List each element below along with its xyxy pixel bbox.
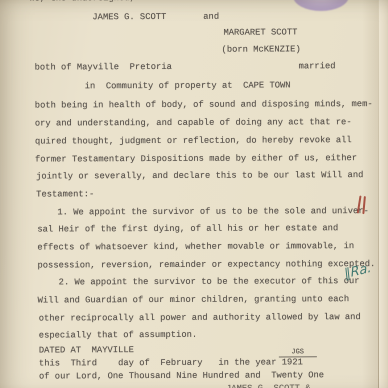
doc-line-born-name: (born McKENZIE) xyxy=(222,44,301,54)
doc-line-body-5: jointly or severally, and declare this t… xyxy=(36,170,363,181)
doc-line-community: in Community of property at CAPE TOWN xyxy=(85,80,291,91)
year-correction-initials: JGS xyxy=(279,348,317,357)
document-text-block: We, the undersigned, JAMES G. SCOTT and … xyxy=(0,0,388,388)
doc-line-clause2-2: Will and Guardian of our minor children,… xyxy=(38,294,350,305)
doc-line-clause2-4: especially that of assumption. xyxy=(39,330,197,341)
doc-line-date: this Third day of February in the year J… xyxy=(39,357,303,368)
doc-line-preamble: We, the undersigned, xyxy=(29,0,135,4)
doc-line-clause1-3: effects of whatsoever kind, whether mova… xyxy=(37,241,354,252)
doc-line-clause1-1: 1. We appoint the survivor of us to be t… xyxy=(36,206,369,217)
doc-line-name-margaret: MARGARET SCOTT xyxy=(223,27,297,37)
doc-line-clause1-4: possession, reversion, remainder or expe… xyxy=(37,259,375,270)
year-value: JGS1921 xyxy=(282,357,303,367)
date-line-prefix: this Third day of February in the year xyxy=(39,357,282,368)
doc-line-clause1-2: sal Heir of the first dying, of all his … xyxy=(37,223,338,234)
doc-line-body-1: both being in health of body, of sound a… xyxy=(35,99,373,110)
document-page: We, the undersigned, JAMES G. SCOTT and … xyxy=(0,0,388,388)
doc-line-residence: both of Mayville Pretoria married xyxy=(35,61,336,72)
doc-line-name-james: JAMES G. SCOTT and xyxy=(92,12,219,23)
doc-line-body-2: ory and understanding, and capable of do… xyxy=(35,117,352,128)
doc-line-clause2-3: other reciprocally all power and authori… xyxy=(39,312,361,323)
doc-line-dated-at: DATED AT MAYVILLE xyxy=(39,345,134,355)
doc-line-clause2-1: 2. We appoint the survivor to be the exe… xyxy=(38,276,360,287)
doc-line-year-words: of our Lord, One Thousand Nine Hundred a… xyxy=(39,370,324,381)
doc-line-body-4: former Testamentary Dispositions made by… xyxy=(35,153,357,164)
doc-line-bottom-clipped: JAMES G. SCOTT & xyxy=(226,383,311,388)
doc-line-body-3: quired thought, judgment or reflection, … xyxy=(35,135,352,146)
year-text: 1921 xyxy=(282,357,303,367)
red-tally-mark xyxy=(356,195,370,216)
doc-line-testament: Testament:- xyxy=(36,189,94,199)
